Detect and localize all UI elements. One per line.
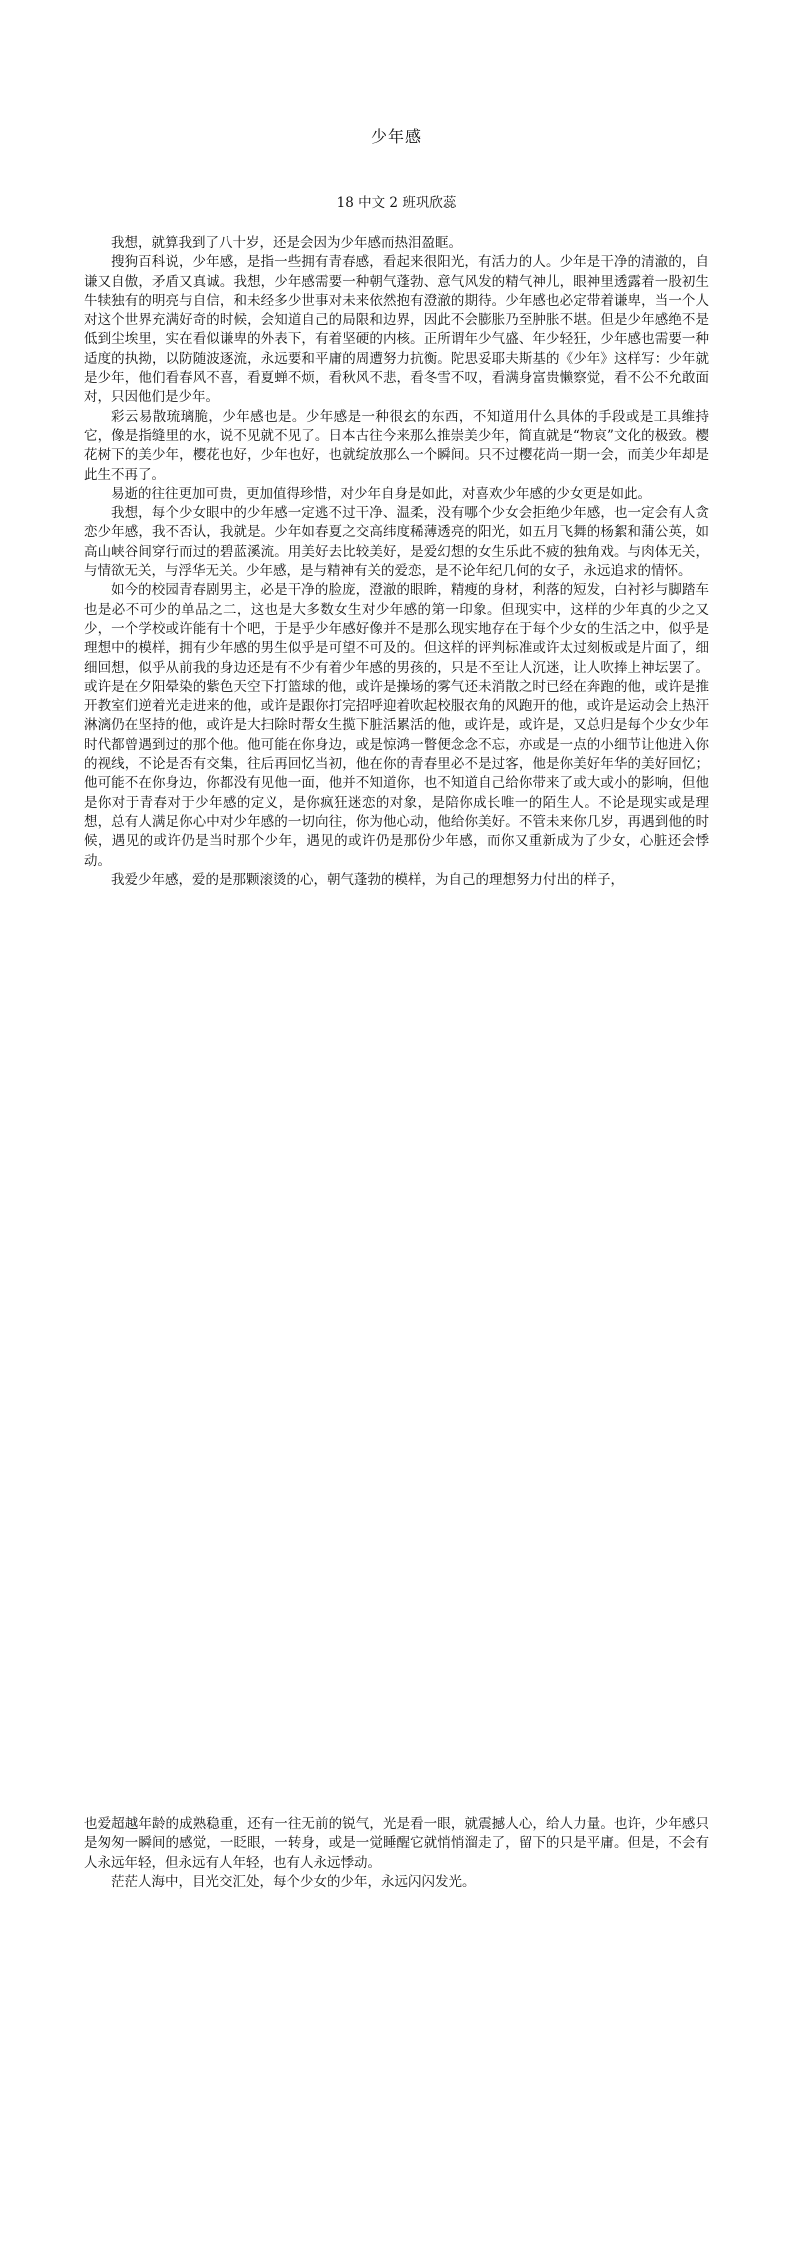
paragraph-7-part1: 我爱少年感，爱的是那颗滚烫的心，朝气蓬勃的模样，为自己的理想努力付出的样子，: [84, 871, 709, 890]
paragraph-6: 如今的校园青春剧男主，必是干净的脸庞，澄澈的眼眸，精瘦的身材，利落的短发，白衬衫…: [84, 581, 709, 870]
paragraph-7-part2: 也爱超越年龄的成熟稳重，还有一往无前的锐气，光是看一眼，就震撼人心，给人力量。也…: [84, 1815, 709, 1873]
page-break-gap: [84, 890, 709, 1815]
paragraph-8: 茫茫人海中，目光交汇处，每个少女的少年，永远闪闪发光。: [84, 1873, 709, 1892]
paragraph-5: 我想，每个少女眼中的少年感一定逃不过干净、温柔，没有哪个少女会拒绝少年感，也一定…: [84, 504, 709, 581]
document-page: 少年感 18 中文 2 班巩欣蕊 我想，就算我到了八十岁，还是会因为少年感而热泪…: [0, 0, 793, 2244]
paragraph-4: 易逝的往往更加可贵，更加值得珍惜，对少年自身是如此，对喜欢少年感的少女更是如此。: [84, 485, 709, 504]
essay-byline: 18 中文 2 班巩欣蕊: [84, 194, 709, 212]
essay-title: 少年感: [84, 126, 709, 148]
paragraph-2: 搜狗百科说，少年感，是指一些拥有青春感，看起来很阳光，有活力的人。少年是干净的清…: [84, 253, 709, 407]
essay-body: 我想，就算我到了八十岁，还是会因为少年感而热泪盈眶。 搜狗百科说，少年感，是指一…: [84, 234, 709, 1892]
paragraph-1: 我想，就算我到了八十岁，还是会因为少年感而热泪盈眶。: [84, 234, 709, 253]
paragraph-3: 彩云易散琉璃脆，少年感也是。少年感是一种很玄的东西，不知道用什么具体的手段或是工…: [84, 408, 709, 485]
